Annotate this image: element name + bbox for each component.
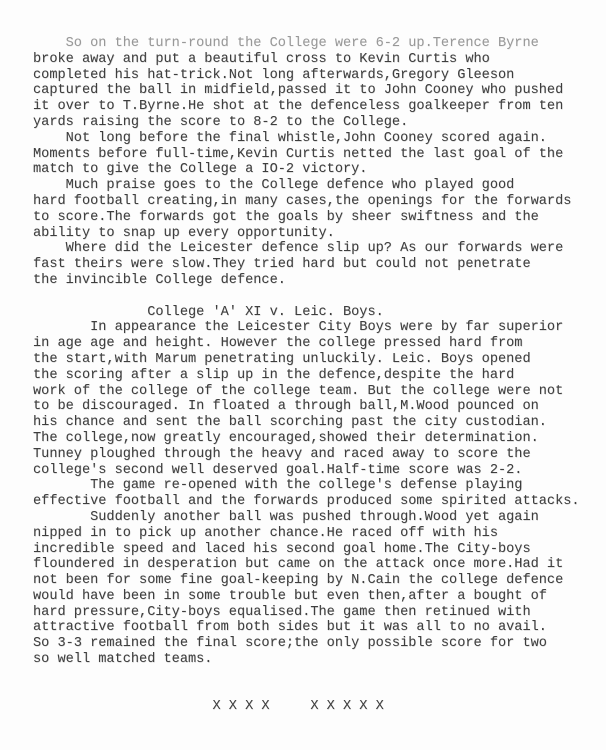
document-page: So on the turn-round the College were 6-… [0, 0, 606, 750]
paragraph-final-goals: Not long before the final whistle,John C… [33, 131, 586, 178]
paragraph-second-half-report: So on the turn-round the College were 6-… [33, 36, 586, 131]
paragraph-game-reopened: The game re-opened with the college's de… [33, 478, 586, 510]
typed-x-marks-footer: X X X X X X X X X [33, 699, 586, 715]
paragraph-college-praise: Much praise goes to the College defence … [33, 178, 586, 241]
section-heading-college-a-xi: College 'A' XI v. Leic. Boys. [33, 305, 586, 321]
paragraph-final-score: Suddenly another ball was pushed through… [33, 510, 586, 668]
paragraph-leicester-defence: Where did the Leicester defence slip up?… [33, 241, 586, 288]
paragraph-first-half-a-xi: In appearance the Leicester City Boys we… [33, 320, 586, 478]
